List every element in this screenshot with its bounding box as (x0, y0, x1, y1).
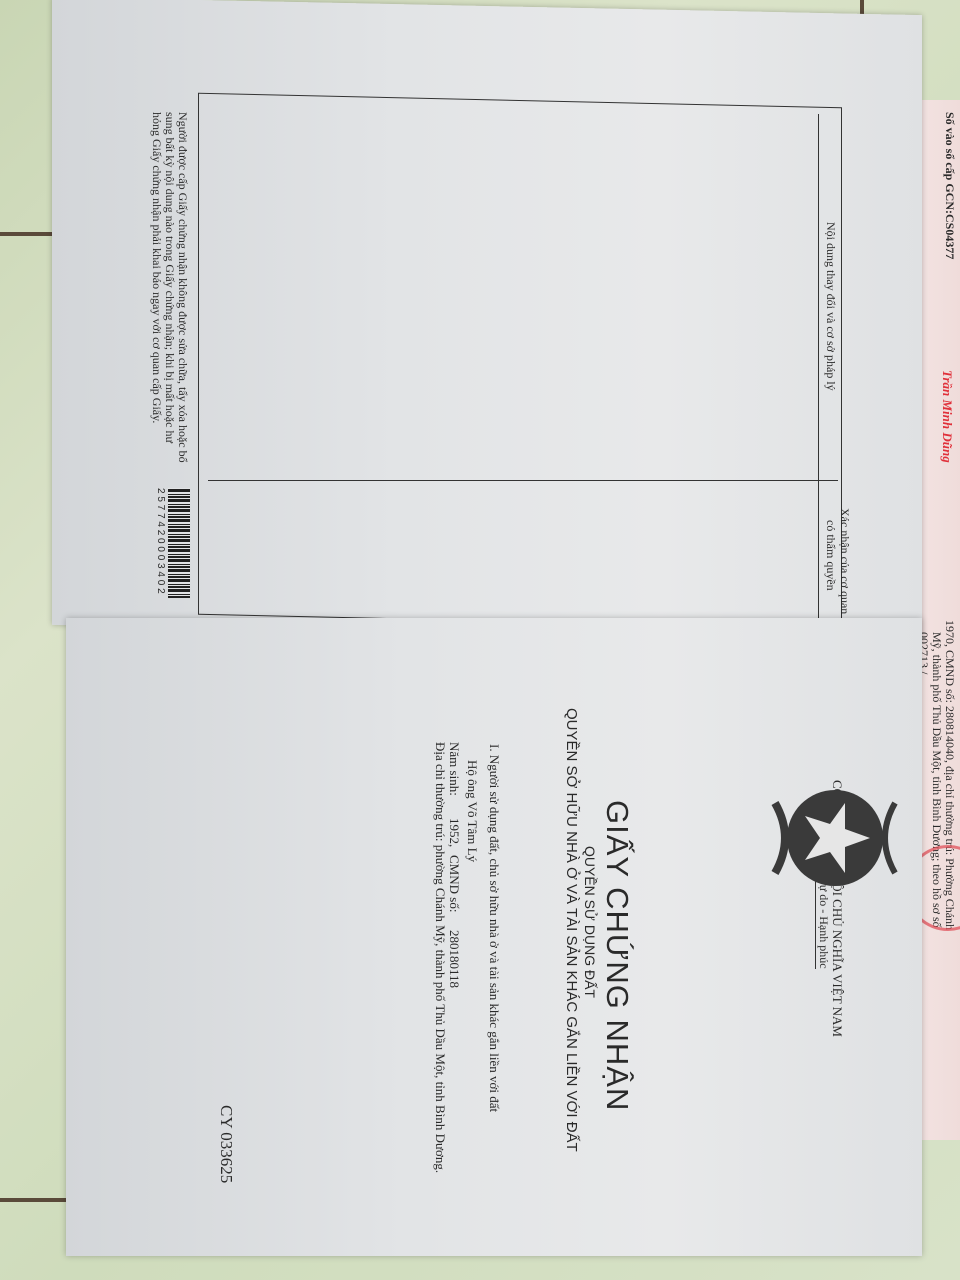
birth-year: 1952, (446, 818, 462, 847)
notice-line: sung bất kỳ nội dung nào trong Giấy chứn… (162, 112, 177, 443)
column-header-confirm: Xác nhận của cơ quan (837, 508, 852, 614)
barcode-number: 2 5 7 7 4 2 0 0 0 3 4 0 2 (155, 488, 166, 594)
column-header-confirm: có thẩm quyền (823, 520, 838, 591)
floor-tile-line (0, 232, 52, 236)
table-divider (818, 114, 819, 622)
barcode (168, 488, 190, 598)
address: Địa chỉ thường trú: phường Chánh Mỹ, thà… (432, 742, 448, 1173)
serial-number: CY 033625 (216, 1105, 236, 1183)
national-emblem-icon (765, 773, 905, 903)
signature: Trần Minh Dũng (939, 370, 955, 463)
table-divider (208, 480, 838, 481)
certificate-subtitle-ownership: QUYỀN SỞ HỮU NHÀ Ở VÀ TÀI SẢN KHÁC GẮN L… (563, 708, 580, 1152)
notice-line: Người được cấp Giấy chứng nhận không đượ… (175, 112, 190, 463)
owner-name: Hộ ông Võ Tâm Lý (464, 760, 480, 862)
certificate-title: GIẤY CHỨNG NHẬN (599, 800, 635, 1111)
column-header-changes: Nội dung thay đổi và cơ sở pháp lý (823, 222, 838, 391)
section-heading: I. Người sử dụng đất, chủ sở hữu nhà ở v… (486, 744, 502, 1112)
id-number: 280180118 (446, 930, 462, 988)
certificate-subtitle-land-use: QUYỀN SỬ DỤNG ĐẤT (582, 846, 598, 998)
registry-number: Số vào sổ cấp GCN:CS04377 (942, 112, 957, 259)
amendment-table (198, 93, 842, 630)
id-label: CMND số: (446, 855, 462, 912)
birth-label: Năm sinh: (446, 742, 462, 796)
notice-line: hỏng Giấy chứng nhận phải khai báo ngay … (149, 112, 164, 423)
